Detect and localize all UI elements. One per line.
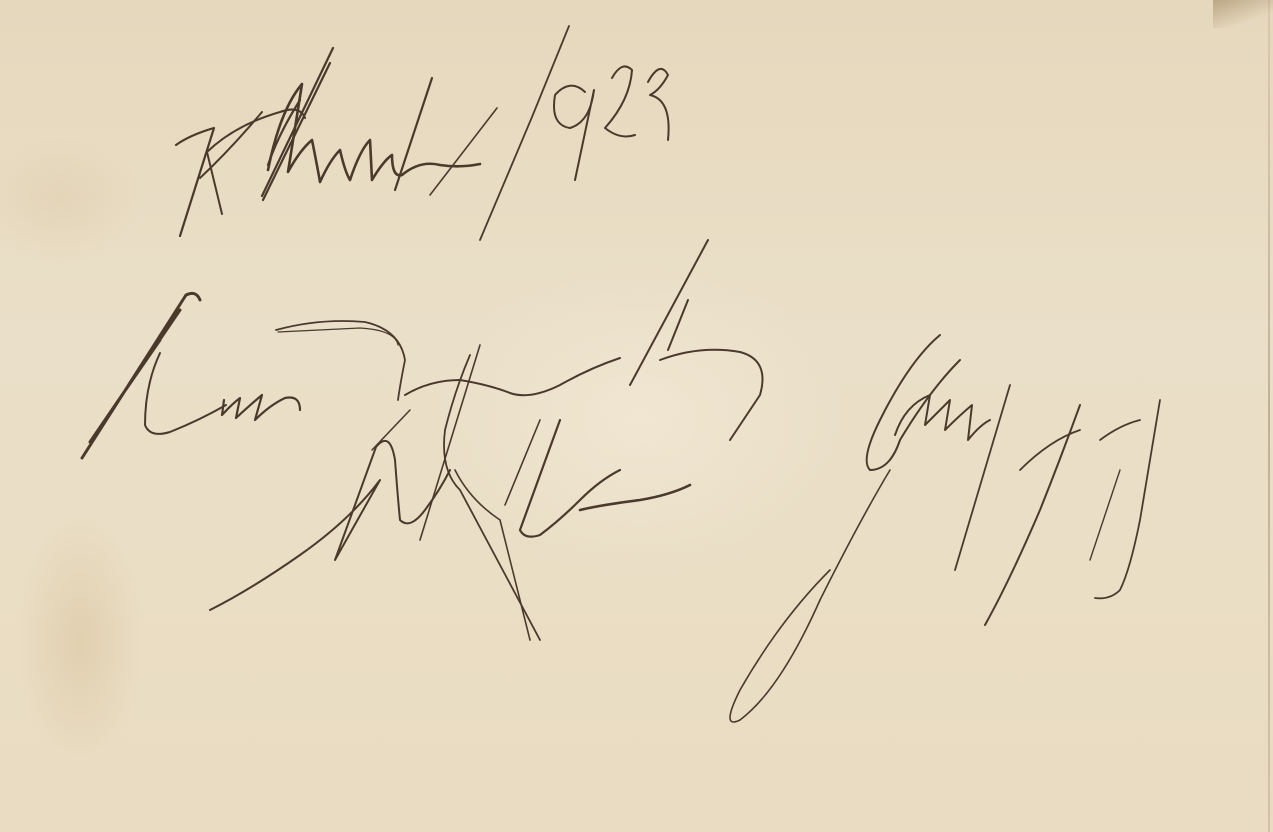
dedication-strokes [82,240,763,458]
date-strokes [176,26,669,240]
aged-paper: 15 Novembre 1923 Ricordo di Ruffo Gianof… [0,0,1273,832]
signature-strokes [210,335,1160,722]
handwriting [0,0,1273,832]
